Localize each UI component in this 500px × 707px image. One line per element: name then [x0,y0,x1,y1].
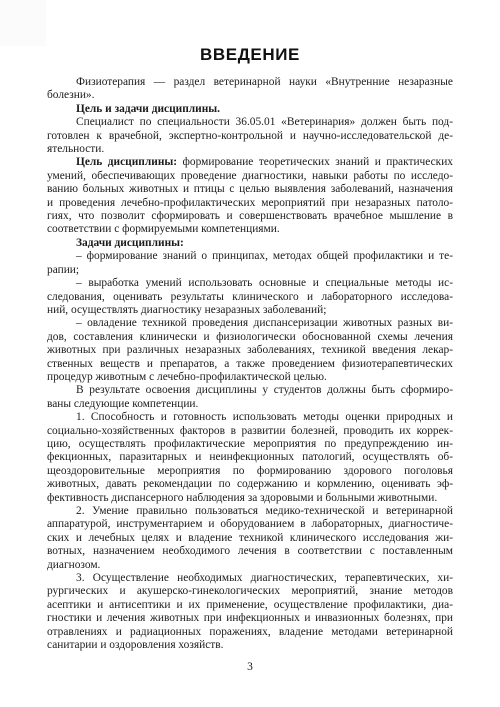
text-line: болезни». [47,89,453,102]
text-line: Цель и задачи дисциплины. [47,103,453,116]
body-text: Физиотерапия — раздел ветеринарной науки… [47,76,453,652]
text-line: 3. Осуществление необходимых диагностиче… [47,572,453,585]
text-line: – формирование знаний о принципах, метод… [47,250,453,263]
text-line: отравлениях и радиационных поражениях, в… [47,626,453,639]
text-line: соответствии с формируемыми компетенциям… [47,223,453,236]
text-line: В результате освоения дисциплины у студе… [47,384,453,397]
text-line: ских и лечебных целях и владение технико… [47,532,453,545]
text-line: фективность диспансерного наблюдения за … [47,492,453,505]
text-line: ятельности. [47,143,453,156]
text-line: гностики и лечения животных при инфекцио… [47,612,453,625]
text-line: – выработка умений использовать основные… [47,277,453,290]
text-line: вотных, назначением необходимого лечения… [47,545,453,558]
text-line: цию, осуществлять профилактические мероп… [47,438,453,451]
scan-corner-artifact [0,0,46,46]
text-line: ний, осуществлять диагностику незаразных… [47,304,453,317]
text-line: гиях, что позволит сформировать и соверш… [47,210,453,223]
text-line: Специалист по специальности 36.05.01 «Ве… [47,116,453,129]
bold-run-in-heading: Цель дисциплины: [76,156,177,168]
text-line: умений, обеспечивающих проведение диагно… [47,170,453,183]
text-line: санитарии и оздоровления хозяйств. [47,639,453,652]
text-line: животных при различных незаразных заболе… [47,344,453,357]
text-line: готовлен к врачебной, экспертно-контроль… [47,130,453,143]
text-line: диагнозом. [47,559,453,572]
text-line: социально-хозяйственных факторов в разви… [47,425,453,438]
text-line: Цель дисциплины: формирование теоретичес… [47,156,453,169]
text-line: дов, составления клинически и физиологич… [47,331,453,344]
text-line: щеоздоровительные мероприятия по формиро… [47,465,453,478]
text-line: животных, давать рекомендации по содержа… [47,478,453,491]
text-line: фекционных, паразитарных и неинфекционны… [47,451,453,464]
text-line: ваны следующие компетенции. [47,398,453,411]
text-line: 2. Умение правильно пользоваться медико-… [47,505,453,518]
text-line: процедур животным с лечебно-профилактиче… [47,371,453,384]
text-line: – овладение техникой проведения диспансе… [47,317,453,330]
text-line: рургических и акушерско-гинекологических… [47,585,453,598]
text-line: и проведения лечебно-профилактических ме… [47,197,453,210]
text-line: следования, оценивать результаты клиниче… [47,291,453,304]
text-line: аппаратурой, инструментарием и оборудова… [47,518,453,531]
text-line: рапии; [47,264,453,277]
text-line: 1. Способность и готовность использовать… [47,411,453,424]
page-number: 3 [0,661,500,673]
text-line: асептики и антисептики и их применение, … [47,599,453,612]
document-page: ВВЕДЕНИЕ Физиотерапия — раздел ветеринар… [0,0,500,707]
text-line: Задачи дисциплины: [47,237,453,250]
page-title: ВВЕДЕНИЕ [0,0,500,65]
text-line: ственных веществ и препаратов, а также п… [47,358,453,371]
text-line: ванию больных животных и птицы с целью в… [47,183,453,196]
text-line: Физиотерапия — раздел ветеринарной науки… [47,76,453,89]
